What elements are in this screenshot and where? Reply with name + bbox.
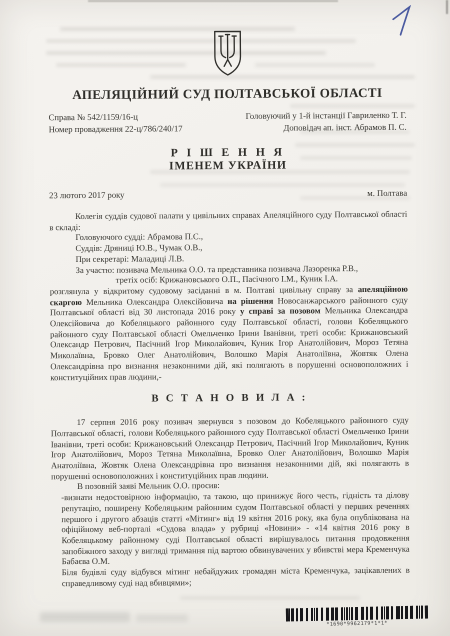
decision-subheading: ІМЕНЕМ УКРАЇНИ [49, 159, 407, 173]
case-number: Справа № 542/1159/16-ц [49, 111, 183, 123]
decision-date: 23 лютого 2017 року [49, 190, 124, 201]
judges-info: Головуючий у 1-й інстанції Гавриленко Т.… [246, 110, 407, 134]
date-place-row: 23 лютого 2017 року м. Полтава [49, 188, 407, 200]
claim-filing-paragraph: 17 серпня 2016 року позивач звернувся з … [51, 415, 409, 482]
review-paragraph: розглянула у відкритому судовому засідан… [50, 284, 409, 383]
panel-composition: Колегія суддів судової палати у цивільни… [49, 209, 408, 286]
established-heading: В С Т А Н О В И Л А : [51, 392, 409, 405]
barcode: *1690*9962179*1*1* [286, 606, 428, 629]
facts-section: 17 серпня 2016 року позивач звернувся з … [51, 415, 410, 589]
ukraine-trident-emblem-icon [211, 30, 242, 77]
review-text: розглянула у відкритому судовому засідан… [50, 284, 409, 383]
proceedings-number: Номер провадження 22-ц/786/240/17 [49, 123, 183, 135]
review-part2: Мельника Олександра Олексійовича [82, 296, 228, 307]
presiding-first-instance: Головуючий у 1-й інстанції Гавриленко Т.… [246, 110, 407, 123]
court-name-title: АПЕЛЯЦІЙНИЙ СУД ПОЛТАВСЬКОЇ ОБЛАСТІ [48, 85, 406, 103]
demand-continuation-paragraph: Біля будівлі суду відбувся мітинг небайд… [52, 565, 410, 589]
panel-intro: Колегія суддів судової палати у цивільни… [49, 209, 407, 233]
reporter-appeal: Доповідач ап. інст. Абрамов П. С. [246, 121, 407, 134]
case-info-block: Справа № 542/1159/16-ц Номер провадження… [49, 110, 407, 135]
review-bold-claim: у справі за позовом [240, 306, 320, 317]
demand-paragraph: -визнати недостовірною інформацію, та та… [51, 490, 410, 567]
scanned-court-decision-page: 1 АПЕЛЯЦІЙНИЙ СУД ПОЛТАВСЬКОЇ ОБЛАСТІ Сп… [0, 0, 450, 636]
decision-heading: Р І Ш Е Н Н Я [49, 146, 407, 160]
decision-place: м. Полтава [367, 188, 407, 198]
document-body: АПЕЛЯЦІЙНИЙ СУД ПОЛТАВСЬКОЇ ОБЛАСТІ Спра… [0, 0, 450, 636]
review-bold-ruling: на рішення [227, 295, 273, 305]
case-numbers: Справа № 542/1159/16-ц Номер провадження… [49, 111, 183, 135]
